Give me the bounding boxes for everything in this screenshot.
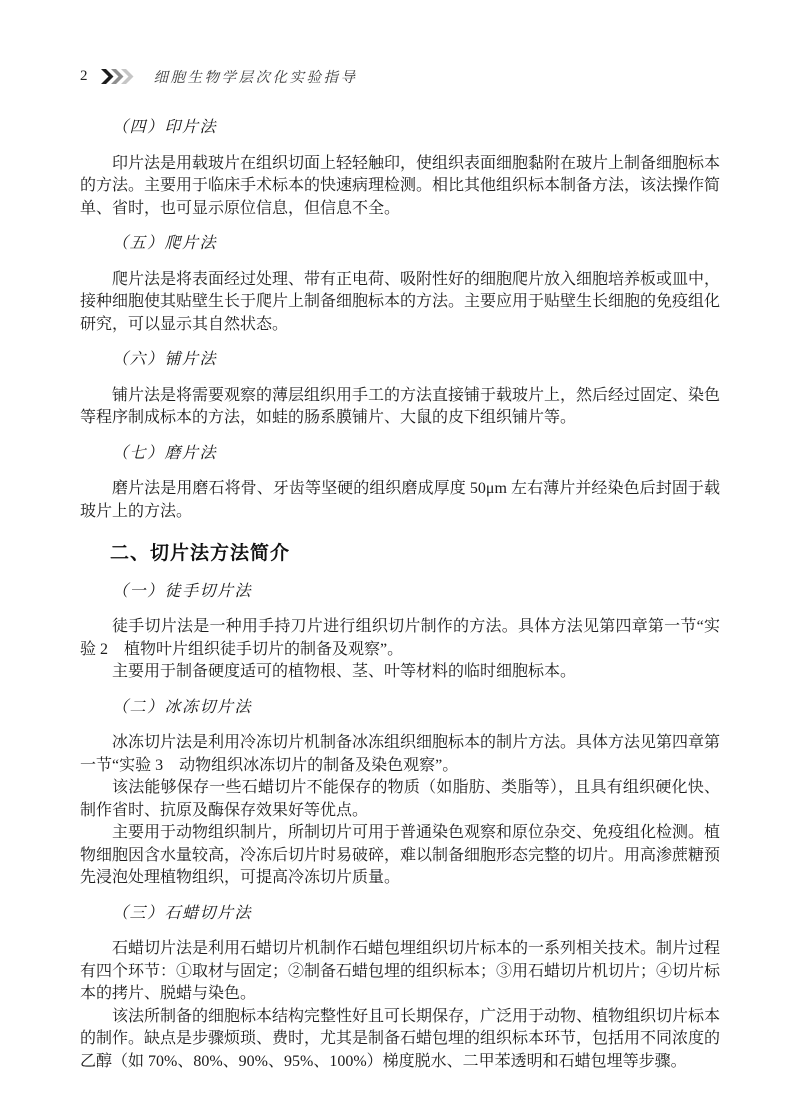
subheading-tushou-qiepian: （一）徒手切片法 xyxy=(80,581,720,604)
paragraph: 主要用于制备硬度适可的植物根、茎、叶等材料的临时细胞标本。 xyxy=(80,661,720,684)
paragraph: 铺片法是将需要观察的薄层组织用手工的方法直接铺于载玻片上，然后经过固定、染色等程… xyxy=(80,385,720,430)
paragraph: 该法所制备的细胞标本结构完整性好且可长期保存，广泛用于动物、植物组织切片标本的制… xyxy=(80,1006,720,1074)
subheading-pupianfa: （六）铺片法 xyxy=(80,349,720,372)
page-body: （四）印片法 印片法是用载玻片在组织切面上轻轻触印，使组织表面细胞黏附在玻片上制… xyxy=(80,117,720,1073)
page-number: 2 xyxy=(80,68,88,85)
paragraph: 主要用于动物组织制片，所制切片可用于普通染色观察和原位杂交、免疫组化检测。植物细… xyxy=(80,822,720,890)
paragraph: 该法能够保存一些石蜡切片不能保存的物质（如脂肪、类脂等），且具有组织硬化快、制作… xyxy=(80,777,720,822)
paragraph: 爬片法是将表面经过处理、带有正电荷、吸附性好的细胞爬片放入细胞培养板或皿中，接种… xyxy=(80,269,720,337)
section-title-qiepianfa: 二、切片法方法简介 xyxy=(80,543,720,566)
paragraph: 印片法是用载玻片在组织切面上轻轻触印，使组织表面细胞黏附在玻片上制备细胞标本的方… xyxy=(80,153,720,221)
paragraph: 磨片法是用磨石将骨、牙齿等坚硬的组织磨成厚度 50μm 左右薄片并经染色后封固于… xyxy=(80,478,720,523)
subheading-shila-qiepian: （三）石蜡切片法 xyxy=(80,903,720,926)
document-page: 2 细胞生物学层次化实验指导 （四）印片法 印片法是用载玻片在组织切面上轻轻触印… xyxy=(0,0,800,1103)
paragraph: 徒手切片法是一种用手持刀片进行组织切片制作的方法。具体方法见第四章第一节“实验 … xyxy=(80,616,720,661)
triple-chevron-icon xyxy=(100,69,140,84)
subheading-yinpianfa: （四）印片法 xyxy=(80,117,720,140)
chevron-1 xyxy=(101,69,114,84)
paragraph: 冰冻切片法是利用冷冻切片机制备冰冻组织细胞标本的制片方法。具体方法见第四章第一节… xyxy=(80,732,720,777)
book-title: 细胞生物学层次化实验指导 xyxy=(154,66,358,87)
subheading-bingdong-qiepian: （二）冰冻切片法 xyxy=(80,697,720,720)
running-header: 2 细胞生物学层次化实验指导 xyxy=(80,66,720,86)
subheading-papianfa: （五）爬片法 xyxy=(80,233,720,256)
subheading-mopianfa: （七）磨片法 xyxy=(80,443,720,466)
paragraph: 石蜡切片法是利用石蜡切片机制作石蜡包埋组织切片标本的一系列相关技术。制片过程有四… xyxy=(80,938,720,1006)
